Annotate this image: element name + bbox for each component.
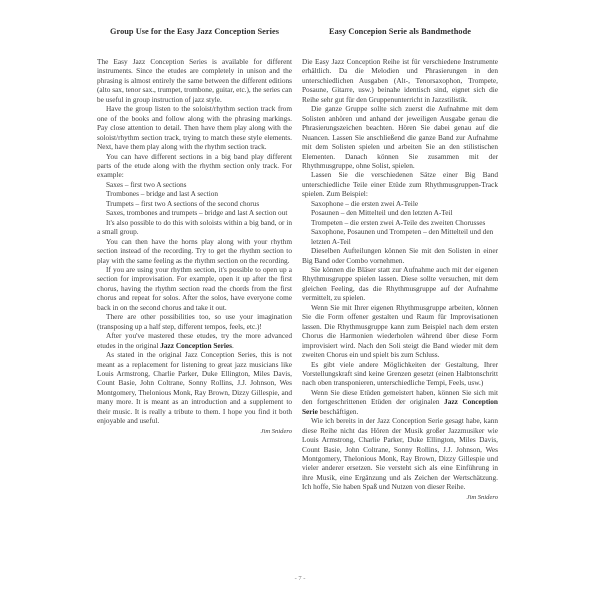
list-item: Trompeten – die ersten zwei A-Teile des …	[302, 218, 498, 227]
paragraph: It's also possible to do this with soloi…	[97, 218, 292, 237]
series-name: Jazz Conception Series	[160, 341, 232, 350]
paragraph-advanced: After you've mastered these etudes, try …	[97, 331, 292, 350]
paragraph: Es gibt viele andere Möglichkeiten der G…	[302, 360, 498, 388]
list-item: Saxes – first two A sections	[97, 180, 292, 189]
list-item: Saxes, trombones and trumpets – bridge a…	[97, 208, 292, 217]
signature: Jim Snidero	[97, 427, 292, 436]
paragraph: There are other possibilities too, so us…	[97, 312, 292, 331]
paragraph: You can have different sections in a big…	[97, 152, 292, 180]
paragraph: Die ganze Gruppe sollte sich zuerst die …	[302, 104, 498, 170]
english-column: Group Use for the Easy Jazz Conception S…	[97, 27, 292, 436]
paragraph: If you are using your rhythm section, it…	[97, 265, 292, 312]
list-item: Saxophone, Posaunen und Trompeten – den …	[302, 227, 498, 246]
paragraph: You can then have the horns play along w…	[97, 237, 292, 265]
text: .	[232, 341, 234, 350]
list-item: Trumpets – first two A sections of the s…	[97, 199, 292, 208]
german-title: Easy Concepion Serie als Bandmethode	[302, 27, 498, 37]
list-item: Trombones – bridge and last A section	[97, 189, 292, 198]
paragraph-advanced: Wenn Sie diese Etüden gemeistert haben, …	[302, 388, 498, 416]
paragraph: The Easy Jazz Conception Series is avail…	[97, 57, 292, 104]
german-column: Easy Concepion Serie als Bandmethode Die…	[302, 27, 498, 502]
paragraph: Dieselben Aufteilungen können Sie mit de…	[302, 246, 498, 265]
signature: Jim Snidero	[302, 493, 498, 502]
english-title: Group Use for the Easy Jazz Conception S…	[97, 27, 292, 37]
list-item: Posaunen – den Mittelteil und den letzte…	[302, 208, 498, 217]
paragraph: As stated in the original Jazz Conceptio…	[97, 350, 292, 426]
paragraph: Have the group listen to the soloist/rhy…	[97, 104, 292, 151]
page-number: - 7 -	[0, 575, 600, 582]
paragraph: Die Easy Jazz Conception Reihe ist für v…	[302, 57, 498, 104]
paragraph: Wenn Sie mit Ihrer eigenen Rhythmusgrupp…	[302, 303, 498, 360]
text: beschäftigen.	[318, 407, 359, 416]
list-item: Saxophone – die ersten zwei A-Teile	[302, 199, 498, 208]
paragraph: Sie können die Bläser statt zur Aufnahme…	[302, 265, 498, 303]
paragraph: Lassen Sie die verschiedenen Sätze einer…	[302, 170, 498, 198]
paragraph: Wie ich bereits in der Jazz Conception S…	[302, 416, 498, 492]
